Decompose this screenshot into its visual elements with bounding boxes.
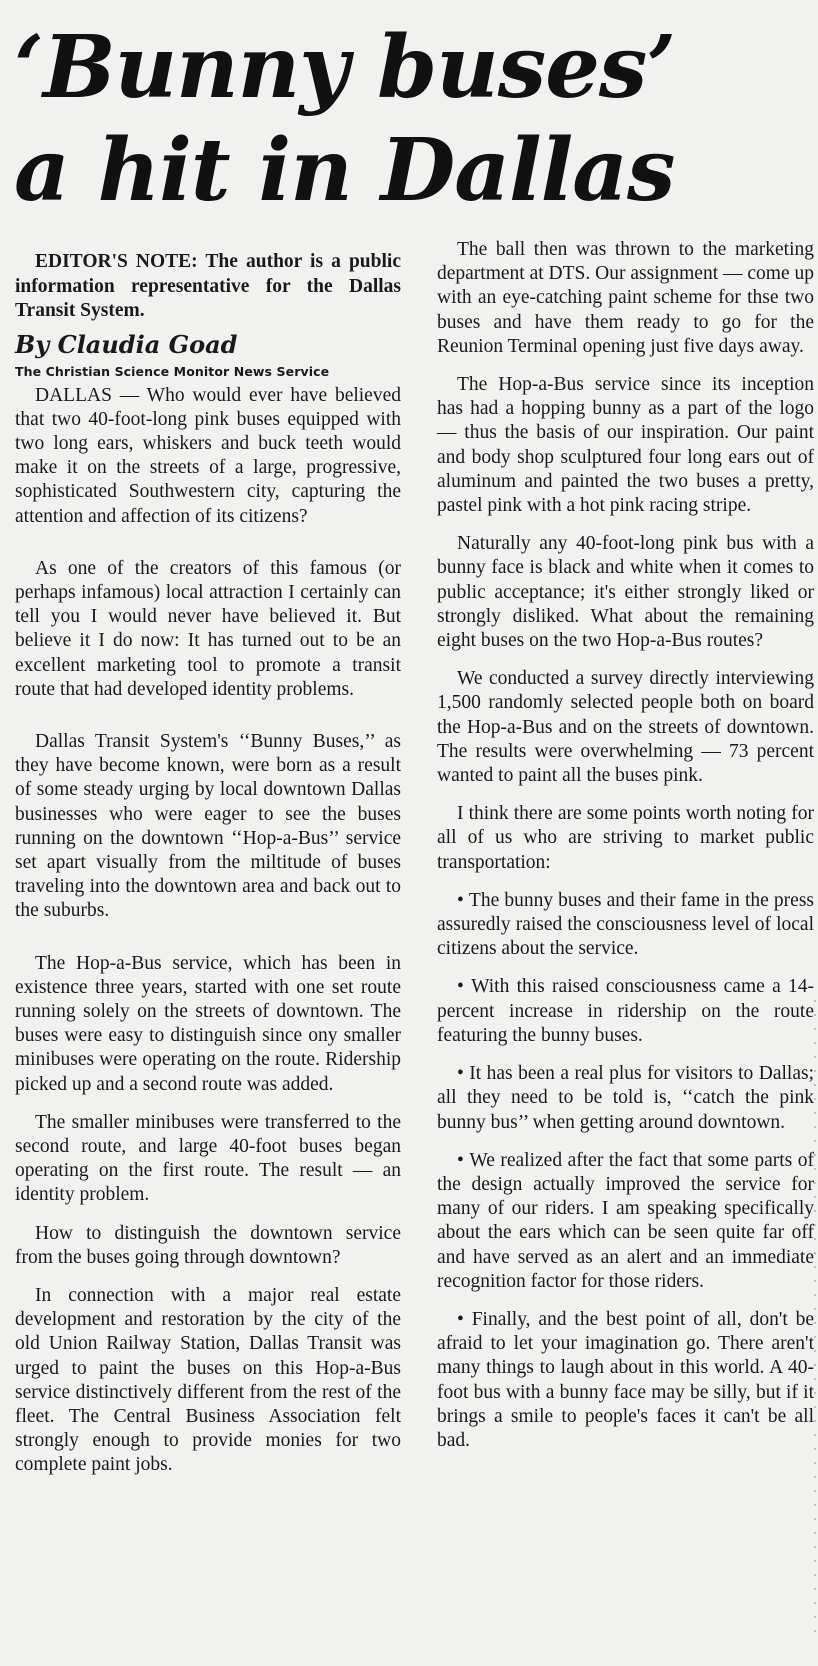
scan-edge-artifact xyxy=(814,1000,816,1640)
paragraph: DALLAS — Who would ever have believed th… xyxy=(15,384,401,529)
headline-line-1: ‘Bunny buses’ xyxy=(14,16,794,119)
bullet-point: Finally, and the best point of all, don'… xyxy=(437,1308,814,1453)
paragraph: The ball then was thrown to the marketin… xyxy=(437,238,814,359)
paragraph: How to distinguish the downtown service … xyxy=(15,1222,401,1270)
paragraph: Naturally any 40-foot-long pink bus with… xyxy=(437,532,814,653)
paragraph: In connection with a major real estate d… xyxy=(15,1284,401,1478)
news-service-credit: The Christian Science Monitor News Servi… xyxy=(15,362,401,382)
paragraph: I think there are some points worth noti… xyxy=(437,802,814,875)
paragraph: As one of the creators of this famous (o… xyxy=(15,557,401,702)
bullet-point: With this raised consciousness came a 14… xyxy=(437,975,814,1048)
newspaper-clipping: ‘Bunny buses’ a hit in Dallas EDITOR'S N… xyxy=(0,0,818,1666)
bullet-point: We realized after the fact that some par… xyxy=(437,1149,814,1294)
left-column: EDITOR'S NOTE: The author is a public in… xyxy=(15,250,401,1492)
editor-note: EDITOR'S NOTE: The author is a public in… xyxy=(15,250,401,324)
paragraph: The Hop-a-Bus service, which has been in… xyxy=(15,952,401,1097)
paragraph: The Hop-a-Bus service since its inceptio… xyxy=(437,373,814,518)
right-column: The ball then was thrown to the marketin… xyxy=(437,238,814,1467)
paragraph: Dallas Transit System's ‘‘Bunny Buses,’’… xyxy=(15,730,401,924)
headline-line-2: a hit in Dallas xyxy=(14,119,794,222)
bullet-point: The bunny buses and their fame in the pr… xyxy=(437,889,814,962)
paragraph: We conducted a survey directly interview… xyxy=(437,667,814,788)
paragraph: The smaller minibuses were transferred t… xyxy=(15,1111,401,1208)
headline: ‘Bunny buses’ a hit in Dallas xyxy=(14,16,794,222)
byline: By Claudia Goad xyxy=(15,330,401,360)
bullet-point: It has been a real plus for visitors to … xyxy=(437,1062,814,1135)
